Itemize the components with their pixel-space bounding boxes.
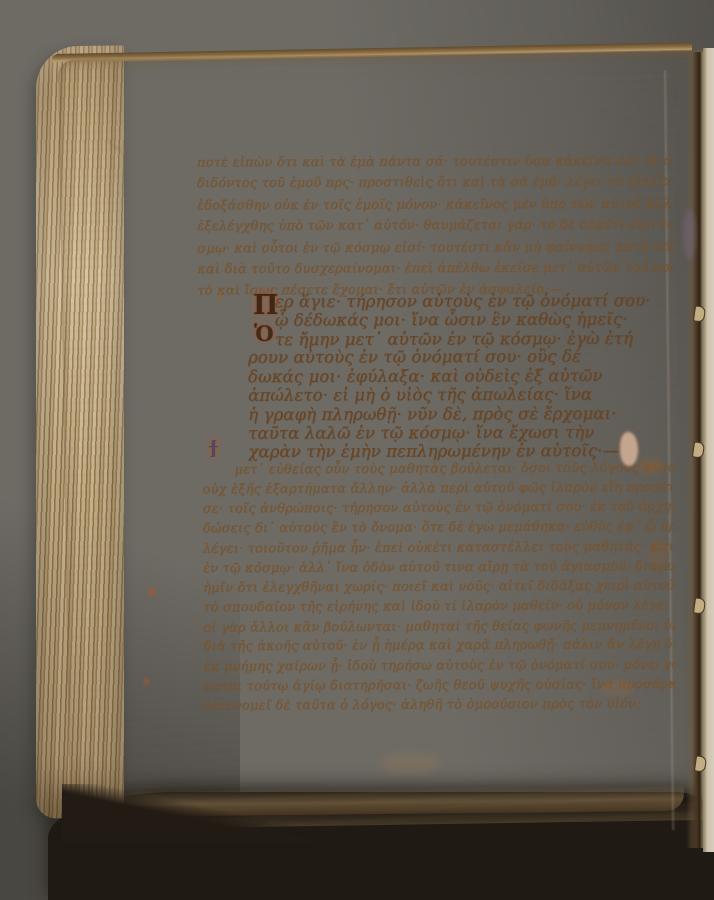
gutter-stain <box>683 208 696 260</box>
page-bottom-corner-shadow <box>62 784 362 844</box>
text-line: τε ἤμην μετ᾽ αὐτῶν ἐν τῷ κόσμῳ· ἐγὼ ἐτή <box>248 329 672 349</box>
text-line: ποτὲ εἰπὼν ὅτι καὶ τὰ ἐμὰ πάντα σά· τουτ… <box>197 150 673 173</box>
text-line: μετ᾽ εὐθείας οὖν τοὺς μαθητὰς βούλεται· … <box>202 458 674 480</box>
text-line: ἐν τῷ κόσμῳ· ἀλλ᾽ ἵνα ὁδὸν αὐτοῦ τινα αἴ… <box>203 556 675 578</box>
lection-block: ερ ἅγιε· τήρησον αὐτοὺς ἐν τῷ ὀνόματί σο… <box>248 291 673 462</box>
text-line: καὶ διὰ τοῦτο δυσχεραίνομαι· ἐπεὶ ἀπέλθω… <box>197 257 673 280</box>
manuscript-photo-scene: ποτὲ εἰπὼν ὅτι καὶ τὰ ἐμὰ πάντα σά· τουτ… <box>0 0 714 900</box>
foxing-stain <box>380 752 440 774</box>
text-line: δωκάς μοι· ἐφύλαξα· καὶ οὐδεὶς ἐξ αὐτῶν <box>248 367 672 387</box>
bottom-commentary-block: μετ᾽ εὐθείας οὖν τοὺς μαθητὰς βούλεται· … <box>202 458 675 717</box>
text-line: διδόντος τοῦ ἐμοῦ πρς· προστιθεὶς ὅτι κα… <box>197 171 673 194</box>
text-line: ἐκ μνήμης χαίρων ᾖ· ἰδοὺ τηρήσω αὐτοὺς ἐ… <box>203 655 675 677</box>
edge-rust-spot <box>143 678 150 685</box>
text-line: ἀπώλετο· εἰ μὴ ὁ υἱὸς τῆς ἀπωλείας· ἵνα <box>248 385 672 405</box>
text-line: τὸ σπουδαῖον τῆς εἰρήνης καὶ ἰδοὺ τί ἱλα… <box>203 596 675 618</box>
ink-smudge-stain <box>638 458 664 474</box>
text-line: ἐδοξάσθην οὐκ ἐν τοῖς ἐμοῖς μόνον· κἀκεῖ… <box>197 193 673 216</box>
text-line: ερ ἅγιε· τήρησον αὐτοὺς ἐν τῷ ὀνόματί σο… <box>248 292 672 312</box>
text-line: ρουν αὐτοὺς ἐν τῷ ὀνόματί σου· οὓς δέ <box>248 348 672 368</box>
text-line: ἐξελέγχθης ὑπὸ τῶν κατ᾽ αὐτόν· θαυμάζετα… <box>197 214 673 237</box>
text-line: σμῳ· καὶ οὗτοι ἐν τῷ κόσμῳ εἰσί· τουτέστ… <box>197 236 673 259</box>
facing-page-sliver <box>703 48 714 852</box>
top-commentary-block: ποτὲ εἰπὼν ὅτι καὶ τὰ ἐμὰ πάντα σά· τουτ… <box>197 150 674 302</box>
text-line: ἡμῖν ὅτι ἐλεγχθῆναι χωρίς· ποιεῖ καὶ νοῦ… <box>203 576 675 598</box>
rubricated-initial-pi: Π <box>253 292 279 319</box>
rubricated-initial-omicron: Ὁ <box>254 323 274 344</box>
text-line: λέγει· τοιοῦτον ῥῆμα ἦν· ἐπεὶ οὐκέτι κατ… <box>203 537 675 559</box>
text-line: οἰκονομεῖ δὲ ταῦτα ὁ λόγος· ἀληθῆ τὸ ὁμο… <box>204 695 676 717</box>
foxing-stain <box>600 680 634 696</box>
edge-rust-spot <box>148 588 156 596</box>
text-line: διὰ τῆς ἀκοῆς αὐτοῦ· ἐν ᾗ ἡμέρᾳ καὶ χαρᾷ… <box>203 635 675 657</box>
text-line: οἱ γὰρ ἄλλοι κἂν βούλωνται· μαθηταὶ τῆς … <box>203 616 675 638</box>
text-line: ἡ γραφὴ πληρωθῇ· νῦν δὲ, πρὸς σὲ ἔρχομαι… <box>248 404 672 424</box>
wax-stain <box>620 432 638 466</box>
text-line: ᾧ δέδωκάς μοι· ἵνα ὦσιν ἓν καθὼς ἡμεῖς· <box>248 310 672 330</box>
ink-smudge-stain <box>648 540 668 566</box>
text-line: δώσεις δι᾽ αὐτοὺς ἓν τὸ ὄνομα· ὅτε δὲ ἐγ… <box>203 517 675 539</box>
text-line: ταῦτα λαλῶ ἐν τῷ κόσμῳ· ἵνα ἔχωσι τὴν <box>248 423 672 443</box>
ornamented-initial: ϯ <box>208 436 219 462</box>
text-line: σε· τοῖς ἀνθρώποις· τήρησον αὐτοὺς ἐν τῷ… <box>203 498 675 520</box>
text-line: οὐχ ἑξῆς ἑξαρτήματα ἄλλην· ἀλλὰ περὶ αὐτ… <box>202 477 674 499</box>
